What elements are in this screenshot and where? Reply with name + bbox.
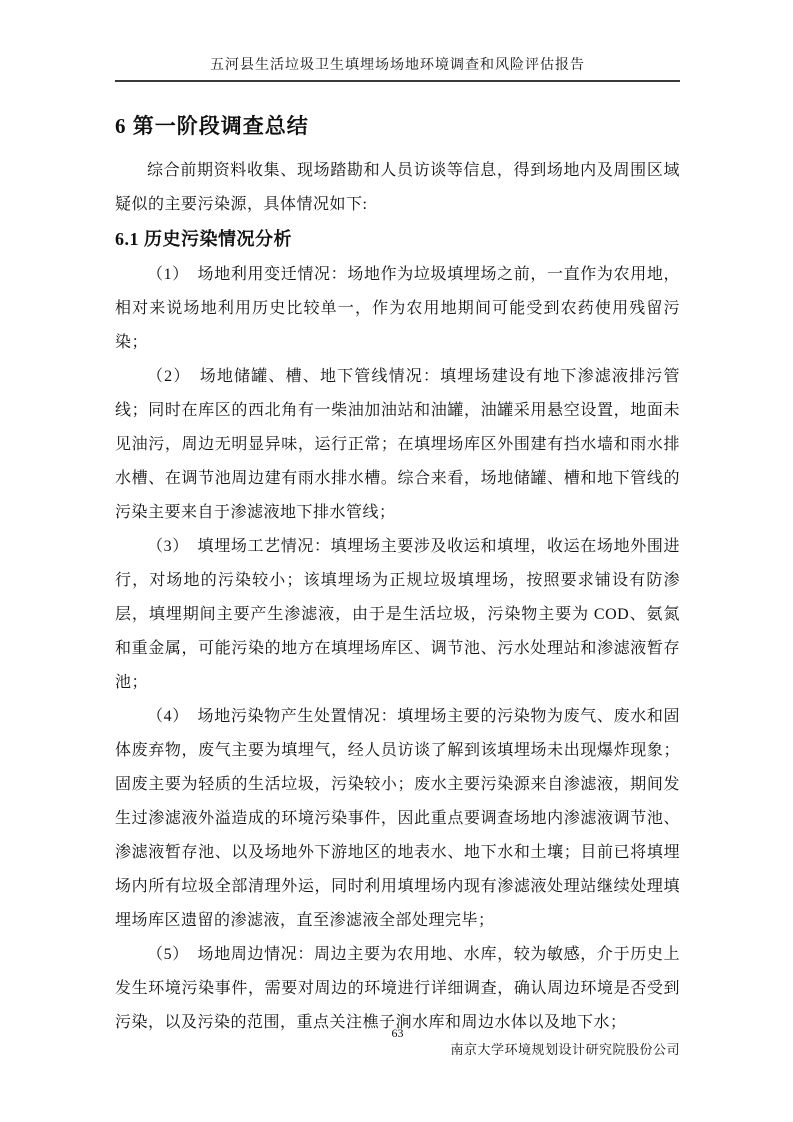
footer-company: 南京大学环境规划设计研究院股份公司: [115, 1041, 680, 1058]
intro-paragraph: 综合前期资料收集、现场踏勘和人员访谈等信息，得到场地内及周围区域疑似的主要污染源…: [115, 154, 680, 222]
section-heading: 6 第一阶段调查总结: [115, 112, 680, 140]
document-page: 五河县生活垃圾卫生填埋场场地环境调查和风险评估报告 6 第一阶段调查总结 综合前…: [0, 0, 793, 1122]
numbered-paragraph-1: （1） 场地利用变迁情况：场地作为垃圾填埋场之前，一直作为农用地，相对来说场地利…: [115, 258, 680, 360]
subsection-heading: 6.1 历史污染情况分析: [115, 226, 680, 252]
numbered-paragraph-4: （4） 场地污染物产生处置情况：填埋场主要的污染物为废气、废水和固体废弃物，废气…: [115, 700, 680, 938]
page-header-title: 五河县生活垃圾卫生填埋场场地环境调查和风险评估报告: [115, 57, 680, 82]
numbered-paragraph-2: （2） 场地储罐、槽、地下管线情况：填埋场建设有地下渗滤液排污管线；同时在库区的…: [115, 360, 680, 530]
page-footer: 63 南京大学环境规划设计研究院股份公司: [115, 1026, 680, 1058]
numbered-paragraph-3: （3） 填埋场工艺情况：填埋场主要涉及收运和填埋，收运在场地外围进行，对场地的污…: [115, 530, 680, 700]
numbered-paragraph-5: （5） 场地周边情况：周边主要为农用地、水库，较为敏感，介于历史上发生环境污染事…: [115, 938, 680, 1040]
page-number: 63: [115, 1026, 680, 1041]
